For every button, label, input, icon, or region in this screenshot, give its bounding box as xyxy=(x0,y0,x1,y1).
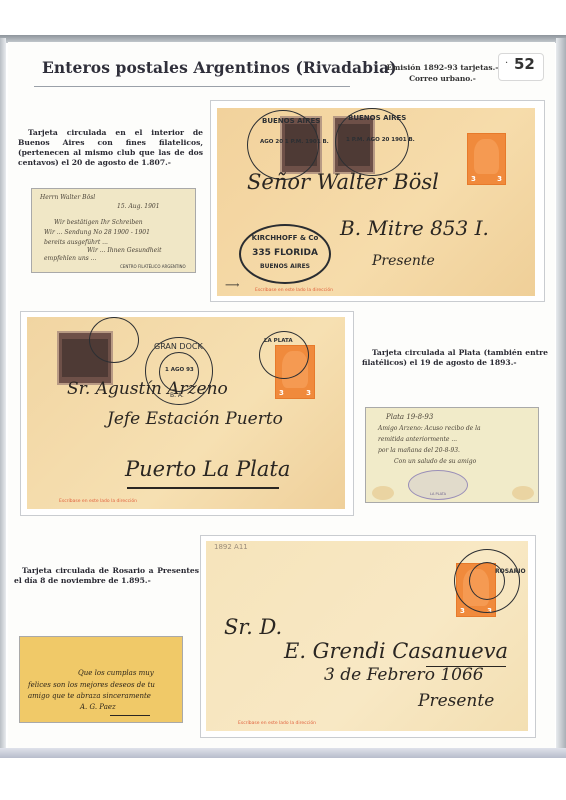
postmark-la-plata: LA PLATA xyxy=(259,331,309,379)
imprinted-stamp: 3 3 xyxy=(467,133,506,185)
card-footer-note: Escríbase en este lado la dirección xyxy=(255,288,333,293)
note-line: Con un saludo de su amigo xyxy=(394,458,476,465)
arrow-icon: ⟶ xyxy=(225,280,239,291)
note-line: 15. Aug. 1901 xyxy=(117,203,160,210)
issue-line-2: Correo urbano.- xyxy=(385,73,500,84)
postmark: BUENOS AIRES 1 P.M. AGO 20 1901 B. xyxy=(335,108,409,176)
title-underline xyxy=(34,86,350,87)
issue-label: Emisión 1892-93 tarjetas.- Correo urbano… xyxy=(385,62,500,84)
note-line: Que los cumplas muy xyxy=(78,669,154,677)
underline xyxy=(127,487,279,489)
note-line: amigo que te abraza sinceramente xyxy=(28,692,151,700)
note-line: felices son los mejores deseos de tu xyxy=(28,681,155,689)
note-item-2[interactable]: Plata 19-8-93 Amigo Arzeno: Acuso recibo… xyxy=(365,407,539,503)
postmark xyxy=(89,317,139,363)
sleeve-right-edge xyxy=(556,38,566,756)
note-line: A. G. Paez xyxy=(80,703,116,711)
caption-item-1: Tarjeta circulada en el interior de Buen… xyxy=(18,128,203,168)
note-line: remitida anteriormente ... xyxy=(378,436,457,443)
address-line: E. Grendi Casanueva xyxy=(284,639,508,663)
note-imprint: CENTRO FILATÉLICO ARGENTINO xyxy=(120,264,186,269)
note-line: empfehlen uns ... xyxy=(44,255,96,262)
page-number-prefix: · xyxy=(505,58,508,69)
note-line: Herrn Walter Bösl xyxy=(40,194,95,201)
caption-item-3: Tarjeta circulada de Rosario a Presentes… xyxy=(14,566,199,586)
card-footer-note: Escríbase en este lado la dirección xyxy=(238,721,316,726)
note-line: Amigo Arzeno: Acuso recibo de la xyxy=(378,425,481,432)
address-line: Puerto La Plata xyxy=(125,457,290,481)
postcard-2[interactable]: GRAN DOCK 1 AGO 93 B. A. 3 3 LA PLATA Sr… xyxy=(27,317,345,509)
address-line: Presente xyxy=(418,691,494,711)
address-line: Sr. Agustín Arzeno xyxy=(67,379,228,399)
address-line: Jefe Estación Puerto xyxy=(107,409,283,429)
card-footer-note: Escríbase en este lado la dirección xyxy=(59,499,137,504)
sleeve-left-edge xyxy=(0,38,6,756)
business-handstamp: KIRCHHOFF & Co 335 FLORIDA BUENOS AIRES xyxy=(239,224,331,284)
postmark-rosario: ROSARIO xyxy=(454,549,520,613)
postcard-3[interactable]: 1892 A11 3 3 ROSARIO Sr. D. E. Grendi Ca… xyxy=(206,541,528,731)
caption-item-2: Tarjeta circulada al Plata (también entr… xyxy=(362,348,548,368)
issue-line-1: Emisión 1892-93 tarjetas.- xyxy=(385,62,500,73)
pencil-annotation: 1892 A11 xyxy=(214,543,248,551)
address-line: Presente xyxy=(372,253,435,269)
note-item-1[interactable]: Herrn Walter Bösl 15. Aug. 1901 Wir best… xyxy=(31,188,196,273)
note-line: Wir ... Ihnen Gesundheit xyxy=(87,247,162,254)
address-line: 3 de Febrero 1066 xyxy=(324,665,484,685)
address-line: Señor Walter Bösl xyxy=(247,170,439,194)
page-number: 52 xyxy=(514,55,535,73)
note-line: por la mañana del 20-8-93. xyxy=(378,447,460,454)
note-line: Wir bestätigen Ihr Schreiben xyxy=(54,219,143,226)
address-line: B. Mitre 853 I. xyxy=(340,216,489,240)
la-plata-handstamp: LA PLATA xyxy=(408,470,468,500)
address-line: Sr. D. xyxy=(224,615,282,639)
note-line: Plata 19-8-93 xyxy=(386,413,433,421)
note-line: Wir ... Sendung No 28 1900 - 1901 xyxy=(44,229,150,236)
note-item-3[interactable]: Que los cumplas muy felices son los mejo… xyxy=(19,636,183,723)
postcard-1[interactable]: BUENOS AIRES AGO 20 1 P.M. 1901 B. BUENO… xyxy=(217,108,535,296)
page-title: Enteros postales Argentinos (Rivadabia) xyxy=(42,58,397,77)
sleeve-bottom-edge xyxy=(0,748,566,758)
note-line: bereits ausgeführt ... xyxy=(44,239,108,246)
